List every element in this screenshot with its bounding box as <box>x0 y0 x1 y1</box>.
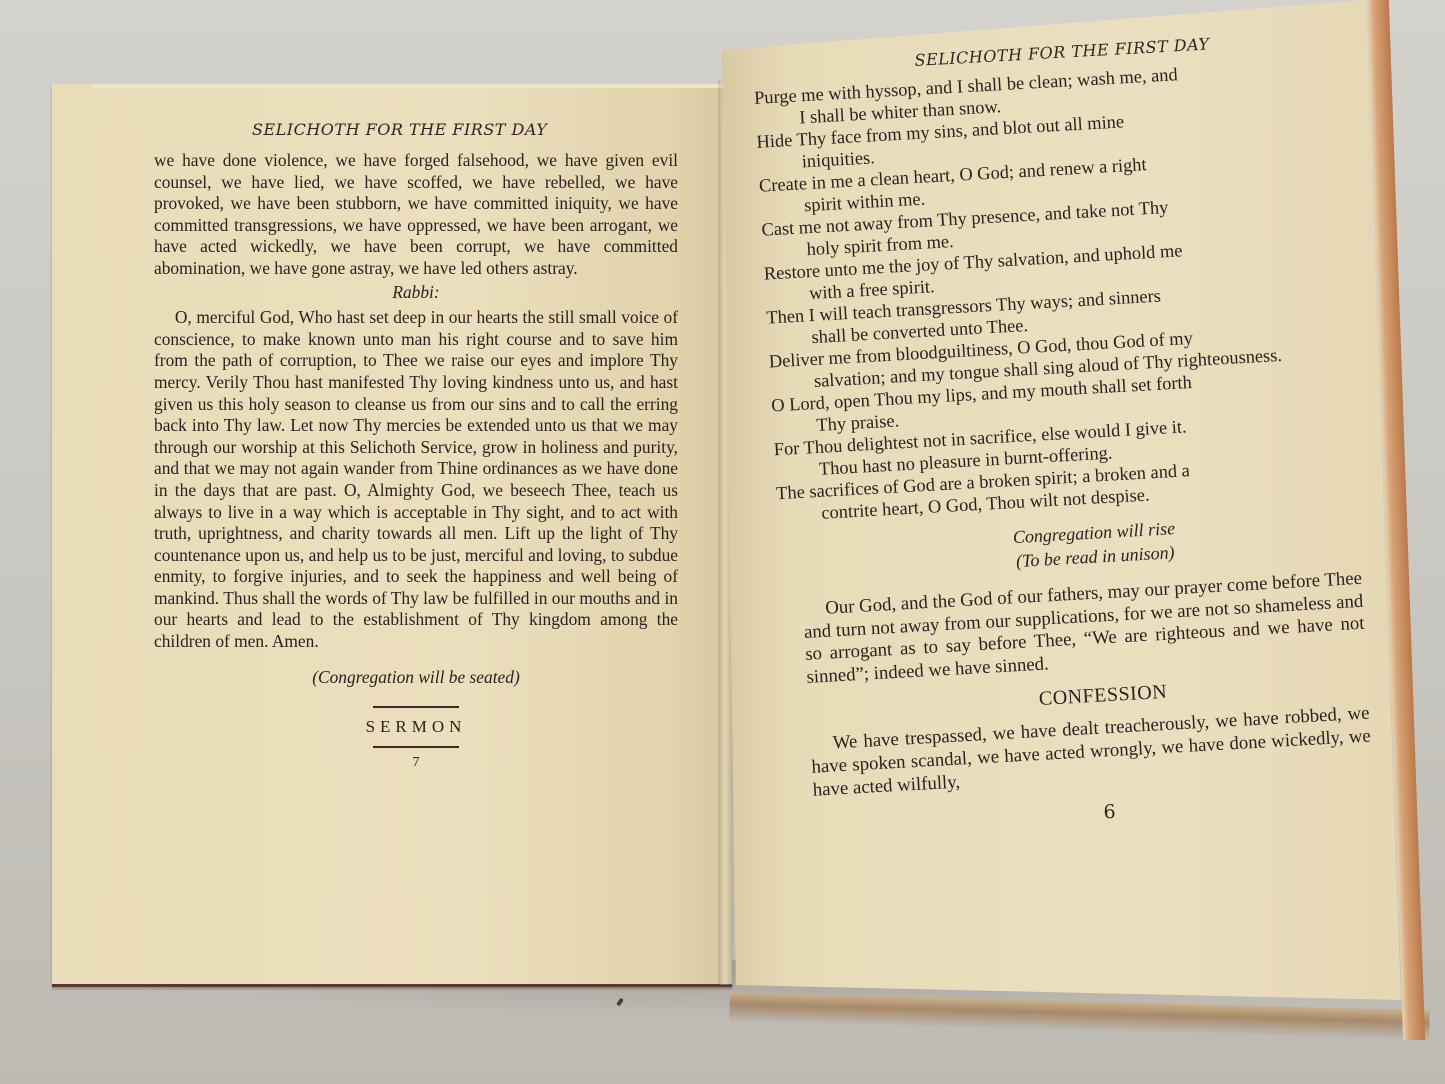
rabbi-prayer: O, merciful God, Who hast set deep in ou… <box>154 307 678 653</box>
divider-bottom <box>373 746 459 748</box>
left-page-body: we have done violence, we have forged fa… <box>154 150 678 773</box>
section-title-sermon: SERMON <box>154 716 678 738</box>
right-page-content: SELICHOTH FOR THE FIRST DAY Purge me wit… <box>752 27 1391 959</box>
rubric-seated: (Congregation will be seated) <box>154 667 678 689</box>
speaker-label: Rabbi: <box>154 282 678 304</box>
opening-paragraph: we have done violence, we have forged fa… <box>154 150 678 280</box>
running-head: SELICHOTH FOR THE FIRST DAY <box>252 120 547 139</box>
left-page: SELICHOTH FOR THE FIRST DAY we have done… <box>52 84 732 987</box>
divider-top <box>373 706 459 708</box>
page-number: 7 <box>154 752 678 774</box>
unison-paragraph: Our God, and the God of our fathers, may… <box>802 568 1366 689</box>
psalm-verses: Purge me with hyssop, and I shall be cle… <box>754 54 1368 526</box>
